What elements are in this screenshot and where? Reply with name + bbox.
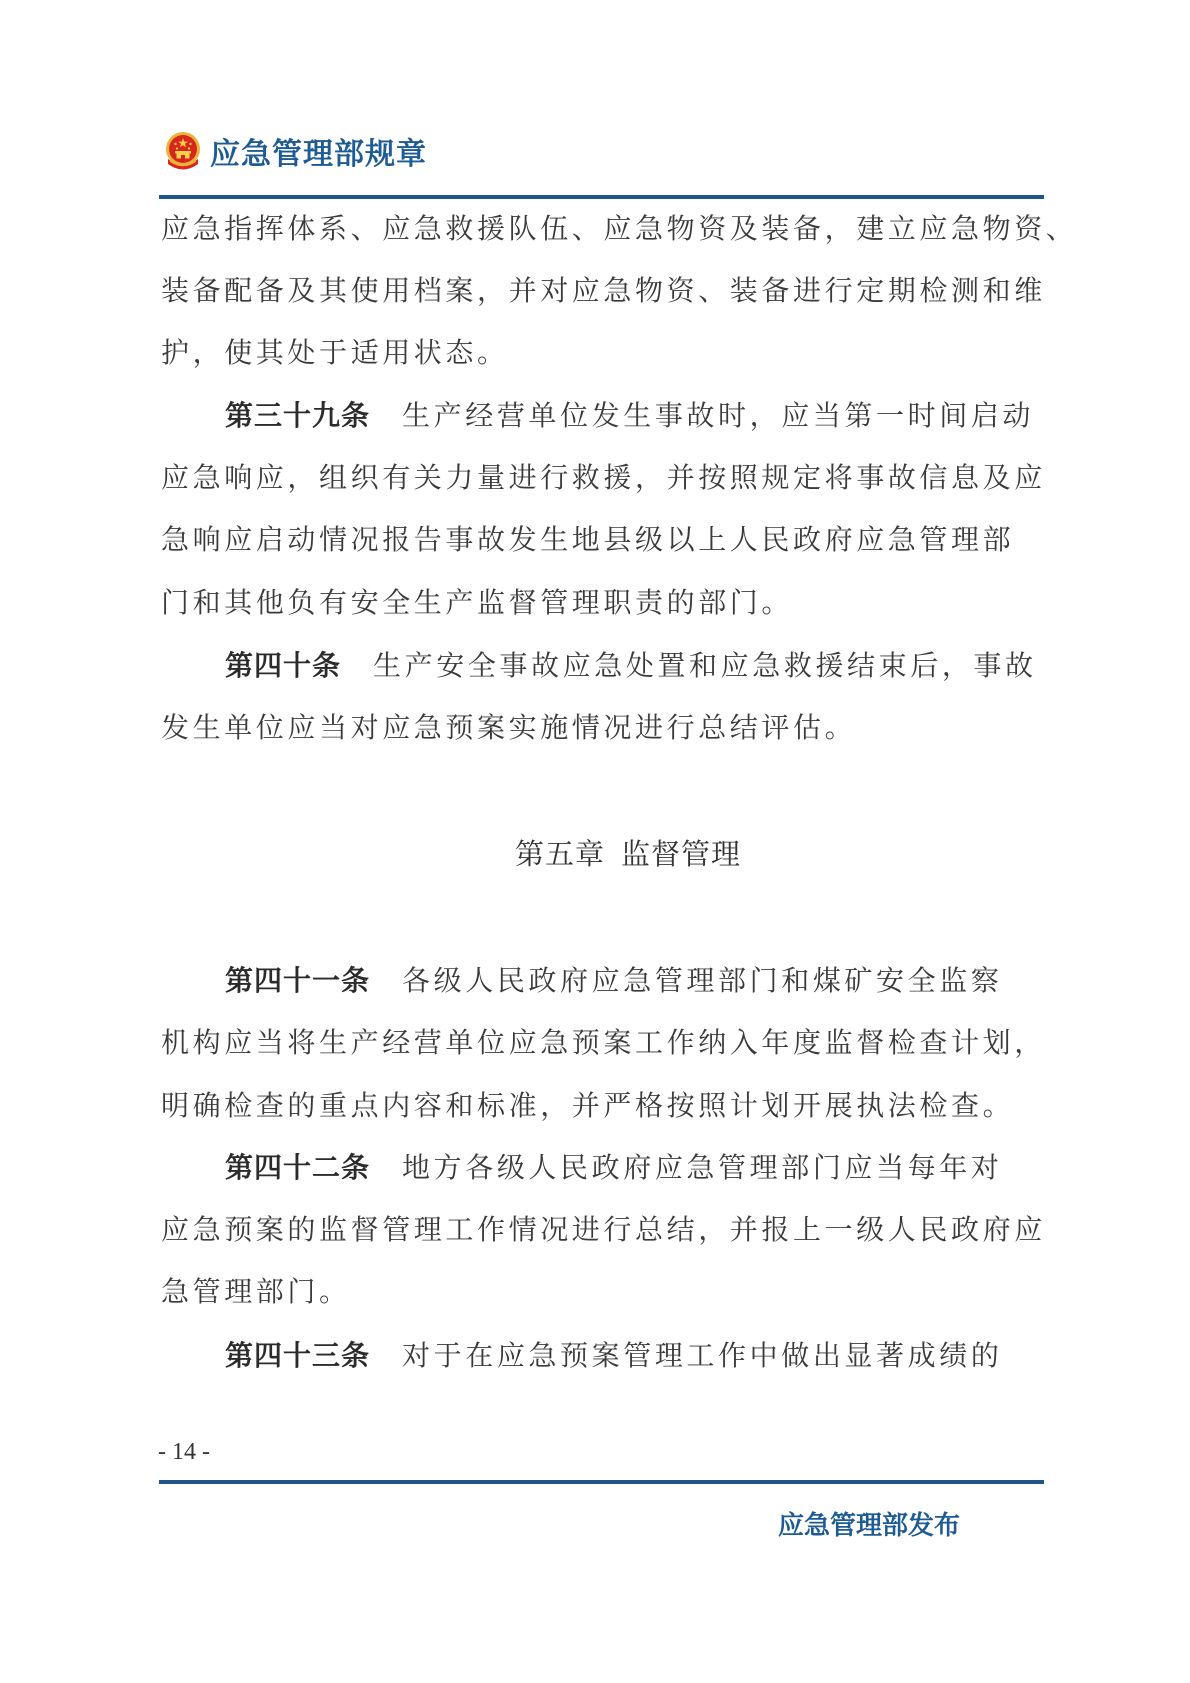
document-page: 应急管理部规章 应急指挥体系、应急救援队伍、应急物资及装备，建立应急物资、 装备… [0, 0, 1190, 1683]
body-line: 明确检查的重点内容和标准，并严格按照计划开展执法检查。 [161, 1088, 1061, 1124]
header-divider [159, 195, 1044, 199]
article-text: 对于在应急预案管理工作中做出显著成绩的 [402, 1339, 1002, 1372]
page-number: - 14 - [158, 1436, 210, 1468]
publisher-label: 应急管理部发布 [778, 1508, 960, 1544]
header-title: 应急管理部规章 [210, 136, 427, 174]
chapter-title: 监督管理 [621, 837, 741, 871]
article-39: 第三十九条生产经营单位发生事故时，应当第一时间启动 [225, 398, 1125, 434]
article-text: 生产经营单位发生事故时，应当第一时间启动 [402, 399, 1034, 432]
body-line: 装备配备及其使用档案，并对应急物资、装备进行定期检测和维 [161, 273, 1061, 309]
body-line: 机构应当将生产经营单位应急预案工作纳入年度监督检查计划， [161, 1025, 1061, 1061]
national-emblem-icon [163, 131, 203, 175]
body-line: 应急响应，组织有关力量进行救援，并按照规定将事故信息及应 [161, 460, 1061, 496]
body-line: 急管理部门。 [161, 1274, 1061, 1310]
body-line: 急响应启动情况报告事故发生地县级以上人民政府应急管理部 [161, 522, 1061, 558]
article-text: 各级人民政府应急管理部门和煤矿安全监察 [402, 964, 1002, 997]
article-label: 第四十三条 [225, 1339, 370, 1372]
body-line: 应急预案的监督管理工作情况进行总结，并报上一级人民政府应 [161, 1212, 1061, 1248]
article-40: 第四十条生产安全事故应急处置和应急救援结束后，事故 [225, 648, 1125, 684]
article-label: 第四十一条 [225, 964, 370, 997]
footer-divider [159, 1480, 1044, 1484]
article-42: 第四十二条地方各级人民政府应急管理部门应当每年对 [225, 1150, 1125, 1186]
body-line: 应急指挥体系、应急救援队伍、应急物资及装备，建立应急物资、 [161, 211, 1061, 247]
body-line: 发生单位应当对应急预案实施情况进行总结评估。 [161, 710, 1061, 746]
chapter-heading: 第五章监督管理 [515, 835, 741, 873]
body-line: 护，使其处于适用状态。 [161, 335, 1061, 371]
article-41: 第四十一条各级人民政府应急管理部门和煤矿安全监察 [225, 963, 1125, 999]
body-line: 门和其他负有安全生产监督管理职责的部门。 [161, 585, 1061, 621]
article-label: 第四十条 [225, 649, 341, 682]
chapter-number: 第五章 [515, 837, 605, 871]
article-label: 第三十九条 [225, 399, 370, 432]
article-text: 地方各级人民政府应急管理部门应当每年对 [402, 1151, 1002, 1184]
article-43: 第四十三条对于在应急预案管理工作中做出显著成绩的 [225, 1338, 1125, 1374]
article-text: 生产安全事故应急处置和应急救援结束后，事故 [373, 649, 1037, 682]
article-label: 第四十二条 [225, 1151, 370, 1184]
